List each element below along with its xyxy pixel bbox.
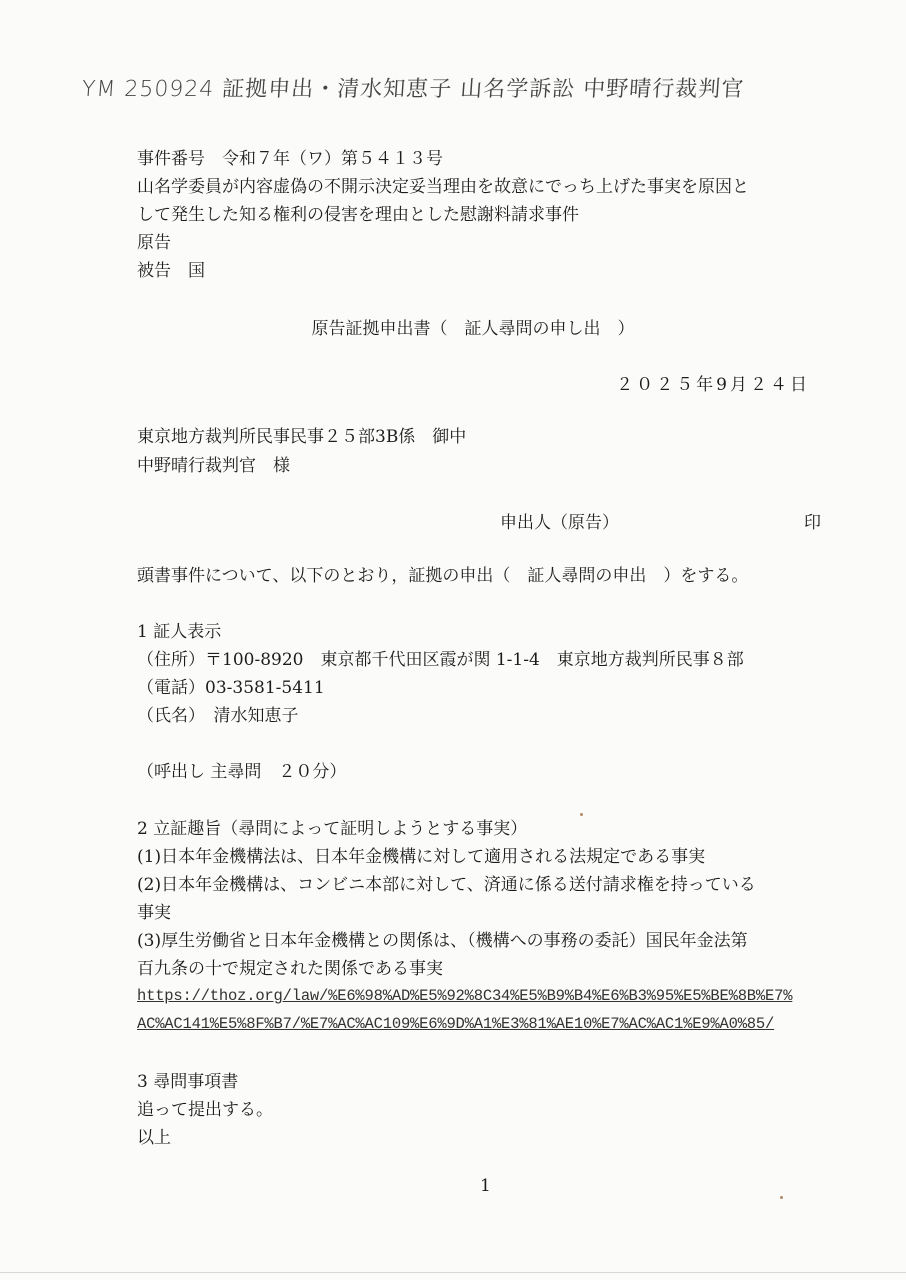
page-edge <box>0 1272 906 1273</box>
handwritten-note: YM 250924 証拠申出・清水知恵子 山名学訴訟 中野晴行裁判官 <box>81 72 746 103</box>
case-number: 事件番号 令和７年（ワ）第５４１３号 <box>137 148 443 170</box>
page-number: 1 <box>480 1176 491 1196</box>
reference-url-line2[interactable]: AC%AC141%E5%8F%B7/%E7%AC%AC109%E6%9D%A1%… <box>137 1015 774 1033</box>
witness-name: （氏名） 清水知恵子 <box>137 705 299 727</box>
applicant-label: 申出人（原告） <box>500 508 619 533</box>
fact-item-3-line2: 百九条の十で規定された関係である事実 <box>137 958 443 980</box>
section3-heading: 3 尋問事項書 <box>137 1071 238 1093</box>
plaintiff-label: 原告 <box>137 232 171 254</box>
scan-speck <box>780 1196 783 1199</box>
witness-address: （住所）〒100-8920 東京都千代田区霞が関 1-1-4 東京地方裁判所民事… <box>137 649 744 671</box>
fact-item-3-line1: (3)厚生労働省と日本年金機構との関係は、（機構への事務の委託）国民年金法第 <box>137 930 748 952</box>
seal-mark: 印 <box>804 508 821 533</box>
case-name-line1: 山名学委員が内容虚偽の不開示決定妥当理由を故意にでっち上げた事実を原因と <box>137 176 749 198</box>
document-title: 原告証拠申出書（ 証人尋問の申し出 ） <box>0 314 906 339</box>
section1-heading: 1 証人表示 <box>137 621 221 643</box>
fact-item-2-line2: 事実 <box>137 902 171 924</box>
section3-body: 追って提出する。 <box>137 1099 273 1121</box>
document-date: ２０２５年9月２４日 <box>616 370 810 395</box>
case-name-line2: して発生した知る権利の侵害を理由とした慰謝料請求事件 <box>137 204 579 226</box>
addressee-court: 東京地方裁判所民事民事２５部3B係 御中 <box>137 426 466 448</box>
fact-item-2-line1: (2)日本年金機構は、コンビニ本部に対して、済通に係る送付請求権を持っている <box>137 874 756 896</box>
defendant-label: 被告 国 <box>137 260 205 282</box>
section2-heading: 2 立証趣旨（尋問によって証明しようとする事実） <box>137 818 527 840</box>
intro-text: 頭書事件について、以下のとおり，証拠の申出（ 証人尋問の申出 ）をする。 <box>137 565 748 587</box>
fact-item-1: (1)日本年金機構法は、日本年金機構に対して適用される法規定である事実 <box>137 846 705 868</box>
closing-mark: 以上 <box>137 1127 171 1149</box>
witness-phone: （電話）03-3581-5411 <box>137 677 325 699</box>
scan-speck <box>580 813 583 816</box>
reference-url-line1[interactable]: https://thoz.org/law/%E6%98%AD%E5%92%8C3… <box>137 987 792 1005</box>
addressee-judge: 中野晴行裁判官 様 <box>137 455 290 477</box>
witness-call: （呼出し 主尋問 ２０分） <box>137 761 346 783</box>
